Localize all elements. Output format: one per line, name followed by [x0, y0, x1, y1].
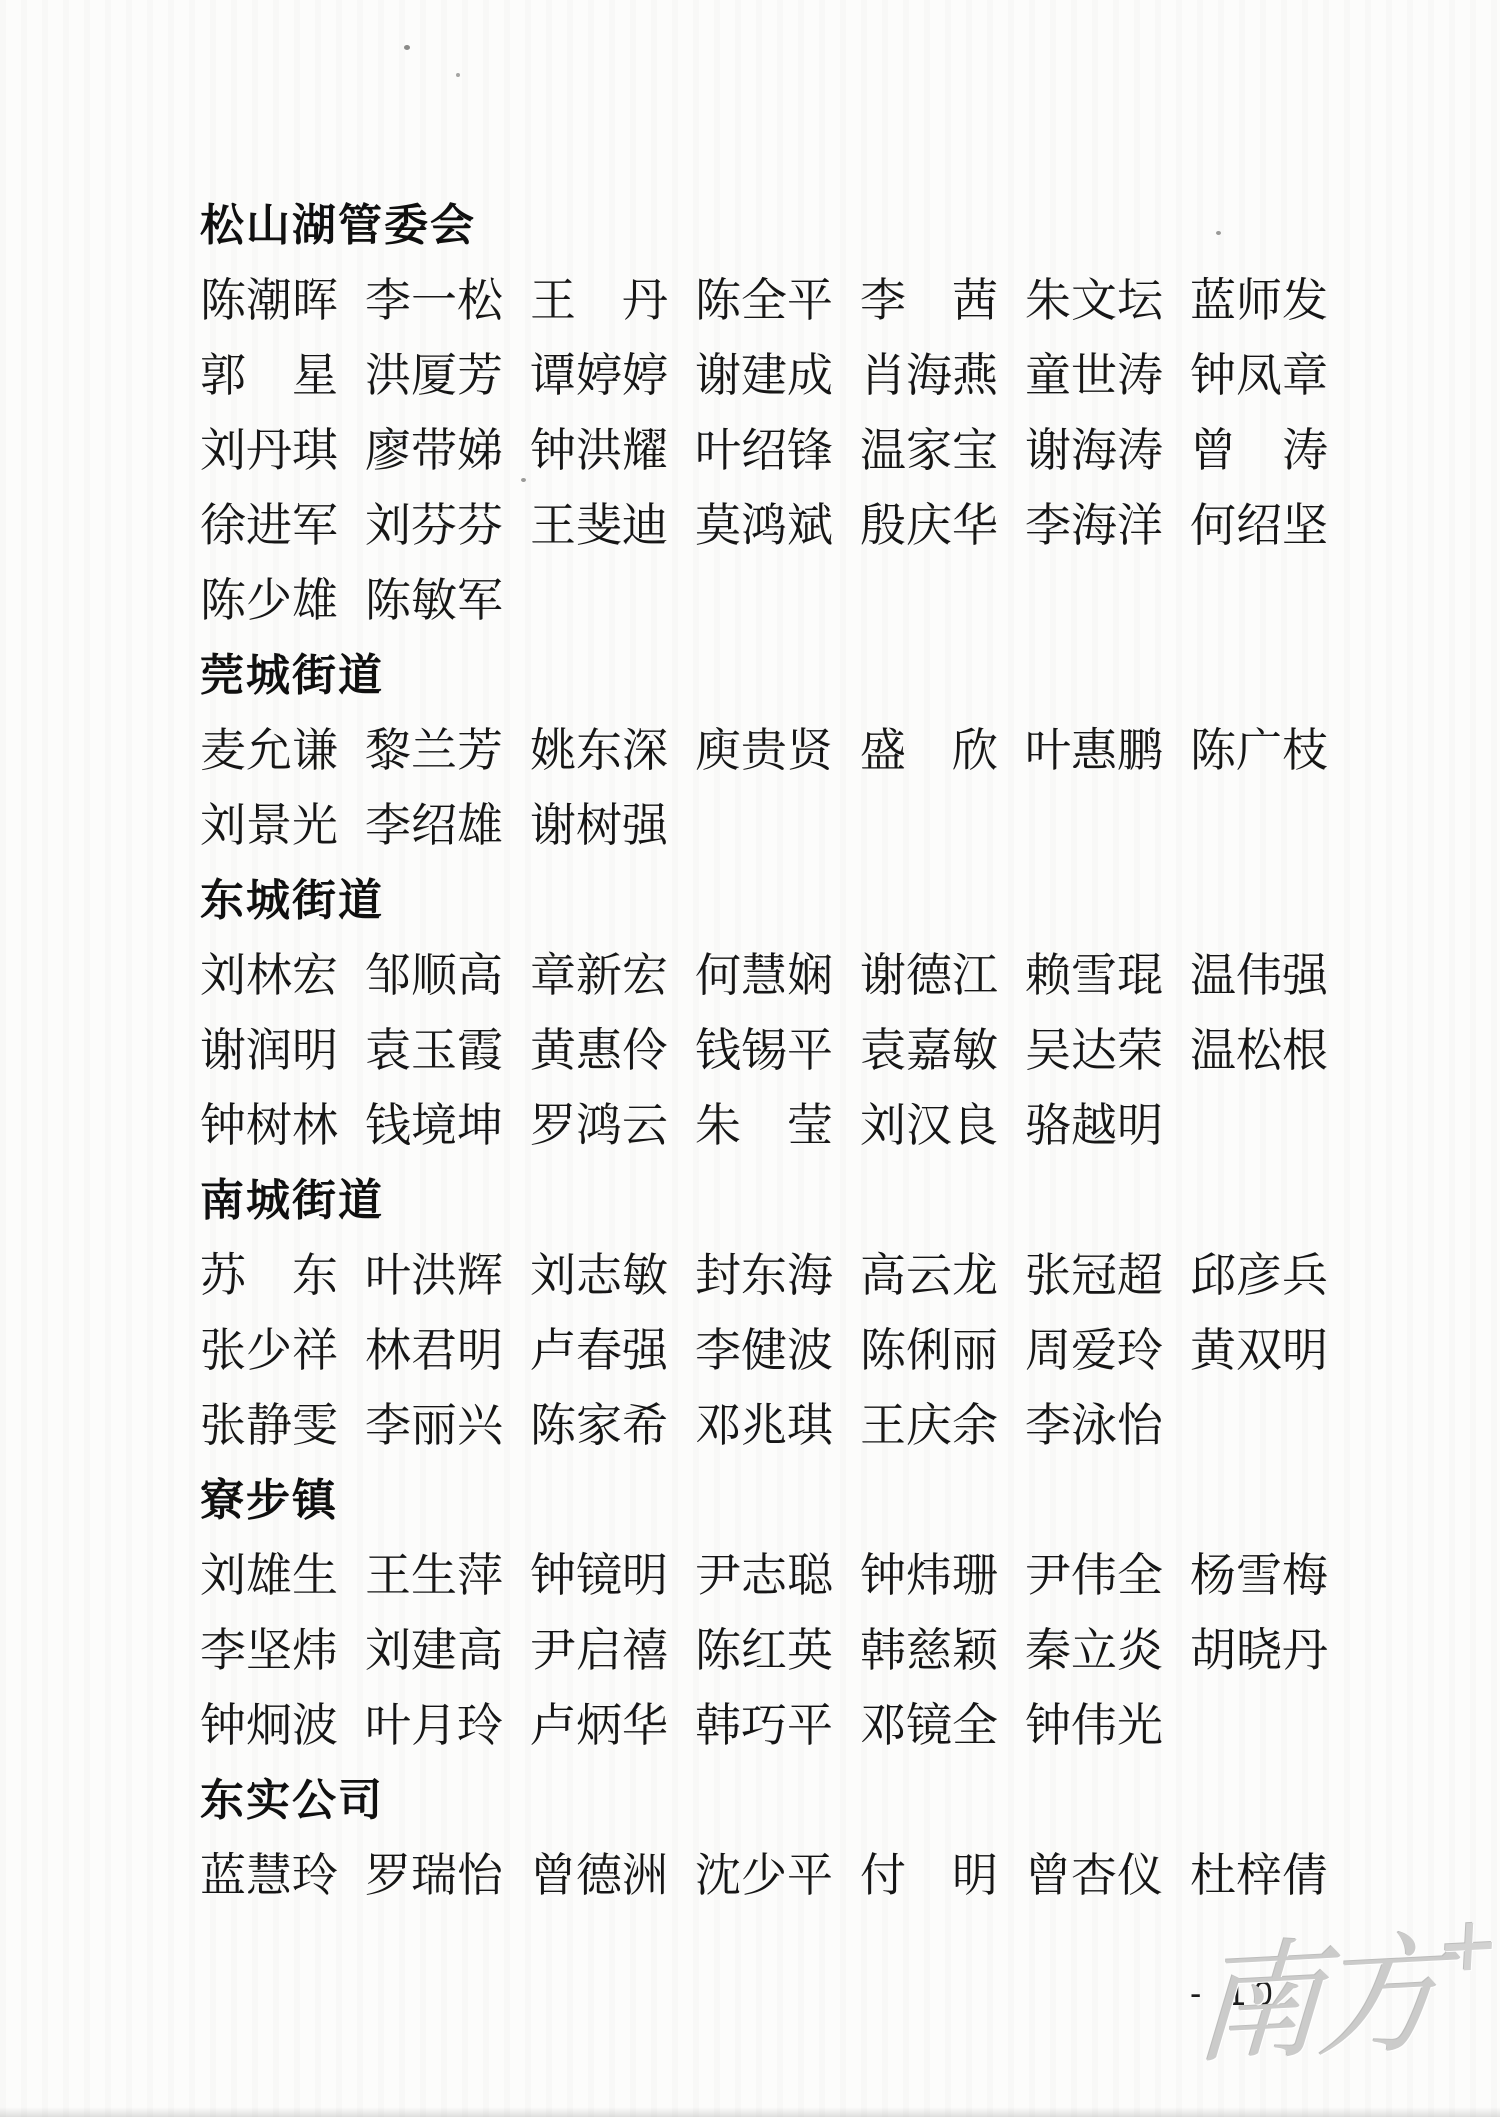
- person-name: 高云龙: [860, 1253, 998, 1299]
- person-name: 李泳怡: [1025, 1403, 1163, 1449]
- person-name: 姚东深: [530, 728, 668, 774]
- person-name: 蓝师发: [1190, 278, 1328, 324]
- person-name: 陈全平: [695, 278, 833, 324]
- person-name: 温家宝: [860, 428, 998, 474]
- person-name: 叶绍锋: [695, 428, 833, 474]
- person-name: 叶惠鹏: [1025, 728, 1163, 774]
- person-name: 谭婷婷: [530, 353, 668, 399]
- person-name: 卢炳华: [530, 1703, 668, 1749]
- name-row: 麦允谦黎兰芳姚东深庾贵贤盛 欣叶惠鹏陈广枝: [200, 728, 1340, 774]
- person-name: 赖雪琨: [1025, 953, 1163, 999]
- person-name: 黎兰芳: [365, 728, 503, 774]
- name-row: 李坚炜刘建高尹启禧陈红英韩慈颖秦立炎胡晓丹: [200, 1628, 1340, 1674]
- person-name: 温伟强: [1190, 953, 1328, 999]
- person-name: 袁嘉敏: [860, 1028, 998, 1074]
- person-name: 陈俐丽: [860, 1328, 998, 1374]
- person-name: 杜梓倩: [1190, 1853, 1328, 1899]
- person-name: 刘汉良: [860, 1103, 998, 1149]
- person-name: 邓兆琪: [695, 1403, 833, 1449]
- section-rows: 陈潮晖李一松王 丹陈全平李 茜朱文坛蓝师发 郭 星洪厦芳谭婷婷谢建成肖海燕童世涛…: [200, 278, 1340, 624]
- name-row: 陈潮晖李一松王 丹陈全平李 茜朱文坛蓝师发: [200, 278, 1340, 324]
- person-name: 沈少平: [695, 1853, 833, 1899]
- person-name: 陈敏军: [365, 578, 503, 624]
- person-name: 封东海: [695, 1253, 833, 1299]
- person-name: 李 茜: [860, 278, 998, 324]
- person-name: 李一松: [365, 278, 503, 324]
- person-name: 叶月玲: [365, 1703, 503, 1749]
- person-name: 韩慈颖: [860, 1628, 998, 1674]
- person-name: 周爱玲: [1025, 1328, 1163, 1374]
- person-name: 尹志聪: [695, 1553, 833, 1599]
- person-name: 尹启禧: [530, 1628, 668, 1674]
- person-name: 袁玉霞: [365, 1028, 503, 1074]
- scan-speck: [1216, 231, 1221, 235]
- person-name: 钟炜珊: [860, 1553, 998, 1599]
- name-row: 钟炯波叶月玲卢炳华韩巧平邓镜全钟伟光: [200, 1703, 1340, 1749]
- name-row: 钟树林钱境坤罗鸿云朱 莹刘汉良骆越明: [200, 1103, 1340, 1149]
- person-name: 骆越明: [1025, 1103, 1163, 1149]
- person-name: 钟树林: [200, 1103, 338, 1149]
- person-name: 李坚炜: [200, 1628, 338, 1674]
- name-roster: 松山湖管委会 陈潮晖李一松王 丹陈全平李 茜朱文坛蓝师发 郭 星洪厦芳谭婷婷谢建…: [200, 203, 1340, 1928]
- person-name: 邹顺高: [365, 953, 503, 999]
- section-title: 东实公司: [200, 1778, 1340, 1824]
- person-name: 吴达荣: [1025, 1028, 1163, 1074]
- watermark-text: 南方: [1191, 1924, 1442, 2079]
- roster-section: 莞城街道 麦允谦黎兰芳姚东深庾贵贤盛 欣叶惠鹏陈广枝 刘景光李绍雄谢树强: [200, 653, 1340, 849]
- person-name: 盛 欣: [860, 728, 998, 774]
- person-name: 殷庆华: [860, 503, 998, 549]
- name-row: 张静雯李丽兴陈家希邓兆琪王庆余李泳怡: [200, 1403, 1340, 1449]
- person-name: 钟洪耀: [530, 428, 668, 474]
- name-row: 苏 东叶洪辉刘志敏封东海高云龙张冠超邱彦兵: [200, 1253, 1340, 1299]
- person-name: 王 丹: [530, 278, 668, 324]
- person-name: 莫鸿斌: [695, 503, 833, 549]
- name-row: 谢润明袁玉霞黄惠伶钱锡平袁嘉敏吴达荣温松根: [200, 1028, 1340, 1074]
- page-number: - 10: [1190, 1975, 1281, 2014]
- person-name: 肖海燕: [860, 353, 998, 399]
- person-name: 蓝慧玲: [200, 1853, 338, 1899]
- roster-section: 松山湖管委会 陈潮晖李一松王 丹陈全平李 茜朱文坛蓝师发 郭 星洪厦芳谭婷婷谢建…: [200, 203, 1340, 624]
- person-name: 陈潮晖: [200, 278, 338, 324]
- section-title: 莞城街道: [200, 653, 1340, 699]
- person-name: 李海洋: [1025, 503, 1163, 549]
- name-row: 蓝慧玲罗瑞怡曾德洲沈少平付 明曾杏仪杜梓倩: [200, 1853, 1340, 1899]
- person-name: 刘景光: [200, 803, 338, 849]
- person-name: 张冠超: [1025, 1253, 1163, 1299]
- person-name: 张静雯: [200, 1403, 338, 1449]
- person-name: 李健波: [695, 1328, 833, 1374]
- person-name: 邱彦兵: [1190, 1253, 1328, 1299]
- scan-speck: [456, 73, 460, 77]
- person-name: 何慧娴: [695, 953, 833, 999]
- roster-section: 南城街道 苏 东叶洪辉刘志敏封东海高云龙张冠超邱彦兵 张少祥林君明卢春强李健波陈…: [200, 1178, 1340, 1449]
- person-name: 王斐迪: [530, 503, 668, 549]
- scan-speck: [404, 45, 410, 50]
- person-name: 苏 东: [200, 1253, 338, 1299]
- person-name: 钱锡平: [695, 1028, 833, 1074]
- person-name: 陈少雄: [200, 578, 338, 624]
- person-name: 付 明: [860, 1853, 998, 1899]
- person-name: 谢建成: [695, 353, 833, 399]
- section-title: 东城街道: [200, 878, 1340, 924]
- name-row: 陈少雄陈敏军: [200, 578, 1340, 624]
- person-name: 罗鸿云: [530, 1103, 668, 1149]
- person-name: 杨雪梅: [1190, 1553, 1328, 1599]
- section-title: 寮步镇: [200, 1478, 1340, 1524]
- section-rows: 苏 东叶洪辉刘志敏封东海高云龙张冠超邱彦兵 张少祥林君明卢春强李健波陈俐丽周爱玲…: [200, 1253, 1340, 1449]
- person-name: 钟凤章: [1190, 353, 1328, 399]
- person-name: 李绍雄: [365, 803, 503, 849]
- person-name: 廖带娣: [365, 428, 503, 474]
- person-name: 王庆余: [860, 1403, 998, 1449]
- person-name: 邓镜全: [860, 1703, 998, 1749]
- name-row: 郭 星洪厦芳谭婷婷谢建成肖海燕童世涛钟凤章: [200, 353, 1340, 399]
- roster-section: 东城街道 刘林宏邹顺高章新宏何慧娴谢德江赖雪琨温伟强 谢润明袁玉霞黄惠伶钱锡平袁…: [200, 878, 1340, 1149]
- person-name: 胡晓丹: [1190, 1628, 1328, 1674]
- person-name: 刘丹琪: [200, 428, 338, 474]
- scan-bottom-edge: [0, 2107, 1500, 2117]
- section-rows: 蓝慧玲罗瑞怡曾德洲沈少平付 明曾杏仪杜梓倩: [200, 1853, 1340, 1899]
- person-name: 卢春强: [530, 1328, 668, 1374]
- name-row: 刘雄生王生萍钟镜明尹志聪钟炜珊尹伟全杨雪梅: [200, 1553, 1340, 1599]
- scan-speck: [521, 478, 526, 482]
- person-name: 刘志敏: [530, 1253, 668, 1299]
- name-row: 刘景光李绍雄谢树强: [200, 803, 1340, 849]
- person-name: 黄惠伶: [530, 1028, 668, 1074]
- name-row: 张少祥林君明卢春强李健波陈俐丽周爱玲黄双明: [200, 1328, 1340, 1374]
- roster-section: 东实公司 蓝慧玲罗瑞怡曾德洲沈少平付 明曾杏仪杜梓倩: [200, 1778, 1340, 1899]
- section-title: 南城街道: [200, 1178, 1340, 1224]
- person-name: 陈红英: [695, 1628, 833, 1674]
- person-name: 徐进军: [200, 503, 338, 549]
- person-name: 尹伟全: [1025, 1553, 1163, 1599]
- person-name: 刘雄生: [200, 1553, 338, 1599]
- person-name: 张少祥: [200, 1328, 338, 1374]
- person-name: 陈广枝: [1190, 728, 1328, 774]
- section-rows: 麦允谦黎兰芳姚东深庾贵贤盛 欣叶惠鹏陈广枝 刘景光李绍雄谢树强: [200, 728, 1340, 849]
- person-name: 韩巧平: [695, 1703, 833, 1749]
- watermark-plus-icon: +: [1438, 1891, 1500, 2001]
- person-name: 洪厦芳: [365, 353, 503, 399]
- name-row: 刘丹琪廖带娣钟洪耀叶绍锋温家宝谢海涛曾 涛: [200, 428, 1340, 474]
- person-name: 钟伟光: [1025, 1703, 1163, 1749]
- person-name: 刘芬芬: [365, 503, 503, 549]
- person-name: 刘建高: [365, 1628, 503, 1674]
- person-name: 秦立炎: [1025, 1628, 1163, 1674]
- person-name: 刘林宏: [200, 953, 338, 999]
- person-name: 钟镜明: [530, 1553, 668, 1599]
- person-name: 钟炯波: [200, 1703, 338, 1749]
- person-name: 王生萍: [365, 1553, 503, 1599]
- person-name: 谢树强: [530, 803, 668, 849]
- person-name: 郭 星: [200, 353, 338, 399]
- person-name: 朱 莹: [695, 1103, 833, 1149]
- person-name: 朱文坛: [1025, 278, 1163, 324]
- person-name: 谢海涛: [1025, 428, 1163, 474]
- name-row: 刘林宏邹顺高章新宏何慧娴谢德江赖雪琨温伟强: [200, 953, 1340, 999]
- person-name: 麦允谦: [200, 728, 338, 774]
- person-name: 曾杏仪: [1025, 1853, 1163, 1899]
- section-title: 松山湖管委会: [200, 203, 1340, 249]
- person-name: 章新宏: [530, 953, 668, 999]
- section-rows: 刘雄生王生萍钟镜明尹志聪钟炜珊尹伟全杨雪梅 李坚炜刘建高尹启禧陈红英韩慈颖秦立炎…: [200, 1553, 1340, 1749]
- person-name: 叶洪辉: [365, 1253, 503, 1299]
- person-name: 罗瑞怡: [365, 1853, 503, 1899]
- person-name: 庾贵贤: [695, 728, 833, 774]
- person-name: 童世涛: [1025, 353, 1163, 399]
- person-name: 钱境坤: [365, 1103, 503, 1149]
- person-name: 温松根: [1190, 1028, 1328, 1074]
- person-name: 陈家希: [530, 1403, 668, 1449]
- section-rows: 刘林宏邹顺高章新宏何慧娴谢德江赖雪琨温伟强 谢润明袁玉霞黄惠伶钱锡平袁嘉敏吴达荣…: [200, 953, 1340, 1149]
- roster-section: 寮步镇 刘雄生王生萍钟镜明尹志聪钟炜珊尹伟全杨雪梅 李坚炜刘建高尹启禧陈红英韩慈…: [200, 1478, 1340, 1749]
- person-name: 谢润明: [200, 1028, 338, 1074]
- name-row: 徐进军刘芬芬王斐迪莫鸿斌殷庆华李海洋何绍坚: [200, 503, 1340, 549]
- person-name: 黄双明: [1190, 1328, 1328, 1374]
- person-name: 曾德洲: [530, 1853, 668, 1899]
- person-name: 林君明: [365, 1328, 503, 1374]
- person-name: 谢德江: [860, 953, 998, 999]
- person-name: 李丽兴: [365, 1403, 503, 1449]
- person-name: 曾 涛: [1190, 428, 1328, 474]
- person-name: 何绍坚: [1190, 503, 1328, 549]
